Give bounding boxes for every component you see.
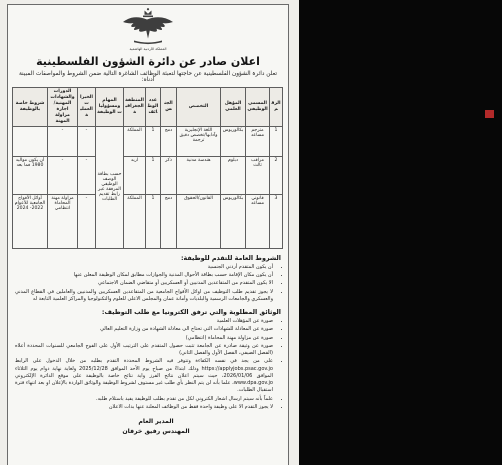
cell-job-title: مراقب ثالث bbox=[246, 156, 270, 194]
signature-name: المهندس رفيق خرفان bbox=[81, 428, 231, 435]
cell-region: المملكة bbox=[124, 126, 146, 156]
list-item: لا يجوز التقدم الا على وظيفة واحدة فقط م… bbox=[15, 404, 273, 411]
list-item: علماً بأنه سيتم ارسال اشعار الكتروني لكل… bbox=[15, 396, 273, 403]
signature-title: المدير العام bbox=[81, 418, 231, 425]
cell-experience: - bbox=[78, 126, 96, 156]
cell-special-conditions: أن يكون مواليد 1980 فما بعد bbox=[13, 156, 48, 194]
cell-gender: ذكر bbox=[161, 156, 177, 194]
col-specialization: التخصص bbox=[177, 88, 221, 127]
list-item: صورة عن مزاولة مهنة المحاماة (انتظامي) bbox=[15, 335, 273, 342]
cell-specialization: هندسة مدنية bbox=[177, 156, 221, 194]
general-conditions-list: أن يكون المتقدم أردني الجنسية أن يكون مك… bbox=[13, 264, 283, 303]
table-row: 3 قانوني مساعد بكالوريوس القانون/الحقوق … bbox=[13, 194, 283, 248]
cell-special-conditions bbox=[13, 126, 48, 156]
col-qualification: المؤهل العلمي bbox=[221, 88, 246, 127]
cell-experience: - bbox=[78, 194, 96, 248]
cell-positions-count: 1 bbox=[146, 156, 161, 194]
cell-positions-count: 1 bbox=[146, 194, 161, 248]
cell-number: 2 bbox=[270, 156, 283, 194]
col-courses: الدورات والشهادات المهنية/اجازة مزاولة ا… bbox=[48, 88, 78, 127]
list-item: الا يكون المتقدم من المتقاعدين المدنيين … bbox=[15, 280, 273, 287]
cell-specialization: اللغة الإنجليزية وآدابها/تخصص دقيق ترجمة bbox=[177, 126, 221, 156]
cell-number: 1 bbox=[270, 126, 283, 156]
table-row: 2 مراقب ثالث دبلوم هندسة مدنية ذكر 1 ارب… bbox=[13, 156, 283, 194]
list-item: لا يجوز تقديم طلب التوظيف من اوائل الأفو… bbox=[15, 289, 273, 304]
col-number: الرقم bbox=[270, 88, 283, 127]
cell-job-title: مترجم مساعد bbox=[246, 126, 270, 156]
cell-experience: - bbox=[78, 156, 96, 194]
cell-special-conditions: أوائل الأفواج الجامعية للأعوام 2022- 202… bbox=[13, 194, 48, 248]
col-region: المنطقة الجغرافية bbox=[124, 88, 146, 127]
list-item: أن يكون المتقدم أردني الجنسية bbox=[15, 264, 273, 271]
announcement-intro: تعلن دائرة الشؤون الفلسطينية عن حاجتها ل… bbox=[13, 71, 283, 83]
list-item: أن يكون مكان الإقامة حسب بطاقة الأحوال ا… bbox=[15, 272, 273, 279]
cell-tasks-merged: حسب بطاقة الوصف الوظيفي المرفقة عبر رابط… bbox=[96, 126, 124, 248]
page-frame: المملكة الأردنية الهاشمية اعلان صادر عن … bbox=[7, 4, 289, 465]
cell-courses: - bbox=[48, 126, 78, 156]
col-experience: الخبرات العملية bbox=[78, 88, 96, 127]
emblem-caption: المملكة الأردنية الهاشمية bbox=[13, 47, 283, 53]
vacancies-table: الرقم المسمى الوظيفي المؤهل العلمي التخص… bbox=[12, 87, 283, 249]
cell-qualification: دبلوم bbox=[221, 156, 246, 194]
cell-qualification: بكالوريوس bbox=[221, 126, 246, 156]
col-job-title: المسمى الوظيفي bbox=[246, 88, 270, 127]
table-row: 1 مترجم مساعد بكالوريوس اللغة الإنجليزية… bbox=[13, 126, 283, 156]
cell-specialization: القانون/الحقوق bbox=[177, 194, 221, 248]
col-gender: الجنس bbox=[161, 88, 177, 127]
cell-gender: دمج bbox=[161, 194, 177, 248]
list-item: صورة عن المعادلة للشهادات التي تحتاج الى… bbox=[15, 326, 273, 333]
cell-courses: مزاولة مهنة المحاماة انتظامي bbox=[48, 194, 78, 248]
red-marker bbox=[485, 110, 494, 118]
list-item-application-link-paragraph: على من يجد في نفسه الكفاءة وتتوفر فيه ال… bbox=[15, 358, 273, 394]
required-documents-list: صورة عن المؤهلات العلمية صورة عن المعادل… bbox=[13, 318, 283, 411]
list-item: صورة عن وثيقة صادرة عن الجامعة تثبت حصول… bbox=[15, 343, 273, 358]
cell-number: 3 bbox=[270, 194, 283, 248]
announcement-title: اعلان صادر عن دائرة الشؤون الفلسطينية bbox=[13, 55, 283, 68]
cell-gender: دمج bbox=[161, 126, 177, 156]
cell-qualification: بكالوريوس bbox=[221, 194, 246, 248]
cell-region: اربد bbox=[124, 156, 146, 194]
general-conditions-heading: الشروط العامة للتقدم للوظيفة: bbox=[13, 254, 281, 262]
cell-courses: - bbox=[48, 156, 78, 194]
col-tasks: المهام ومسؤوليات الوظيفة bbox=[96, 88, 124, 127]
viewer-black-canvas bbox=[299, 0, 502, 465]
scanned-announcement-page: المملكة الأردنية الهاشمية اعلان صادر عن … bbox=[0, 0, 299, 465]
table-header-row: الرقم المسمى الوظيفي المؤهل العلمي التخص… bbox=[13, 88, 283, 127]
cell-region: المملكة bbox=[124, 194, 146, 248]
jordan-coat-of-arms-icon bbox=[13, 7, 283, 47]
signature-block: المدير العام المهندس رفيق خرفان bbox=[81, 418, 231, 435]
col-positions-count: عدد الوظائف bbox=[146, 88, 161, 127]
col-special-conditions: شروط خاصة بالوظيفة bbox=[13, 88, 48, 127]
cell-job-title: قانوني مساعد bbox=[246, 194, 270, 248]
list-item: صورة عن المؤهلات العلمية bbox=[15, 318, 273, 325]
required-documents-heading: الوثائق المطلوبة والتي ترفق الكترونيا مع… bbox=[13, 308, 281, 316]
cell-positions-count: 1 bbox=[146, 126, 161, 156]
